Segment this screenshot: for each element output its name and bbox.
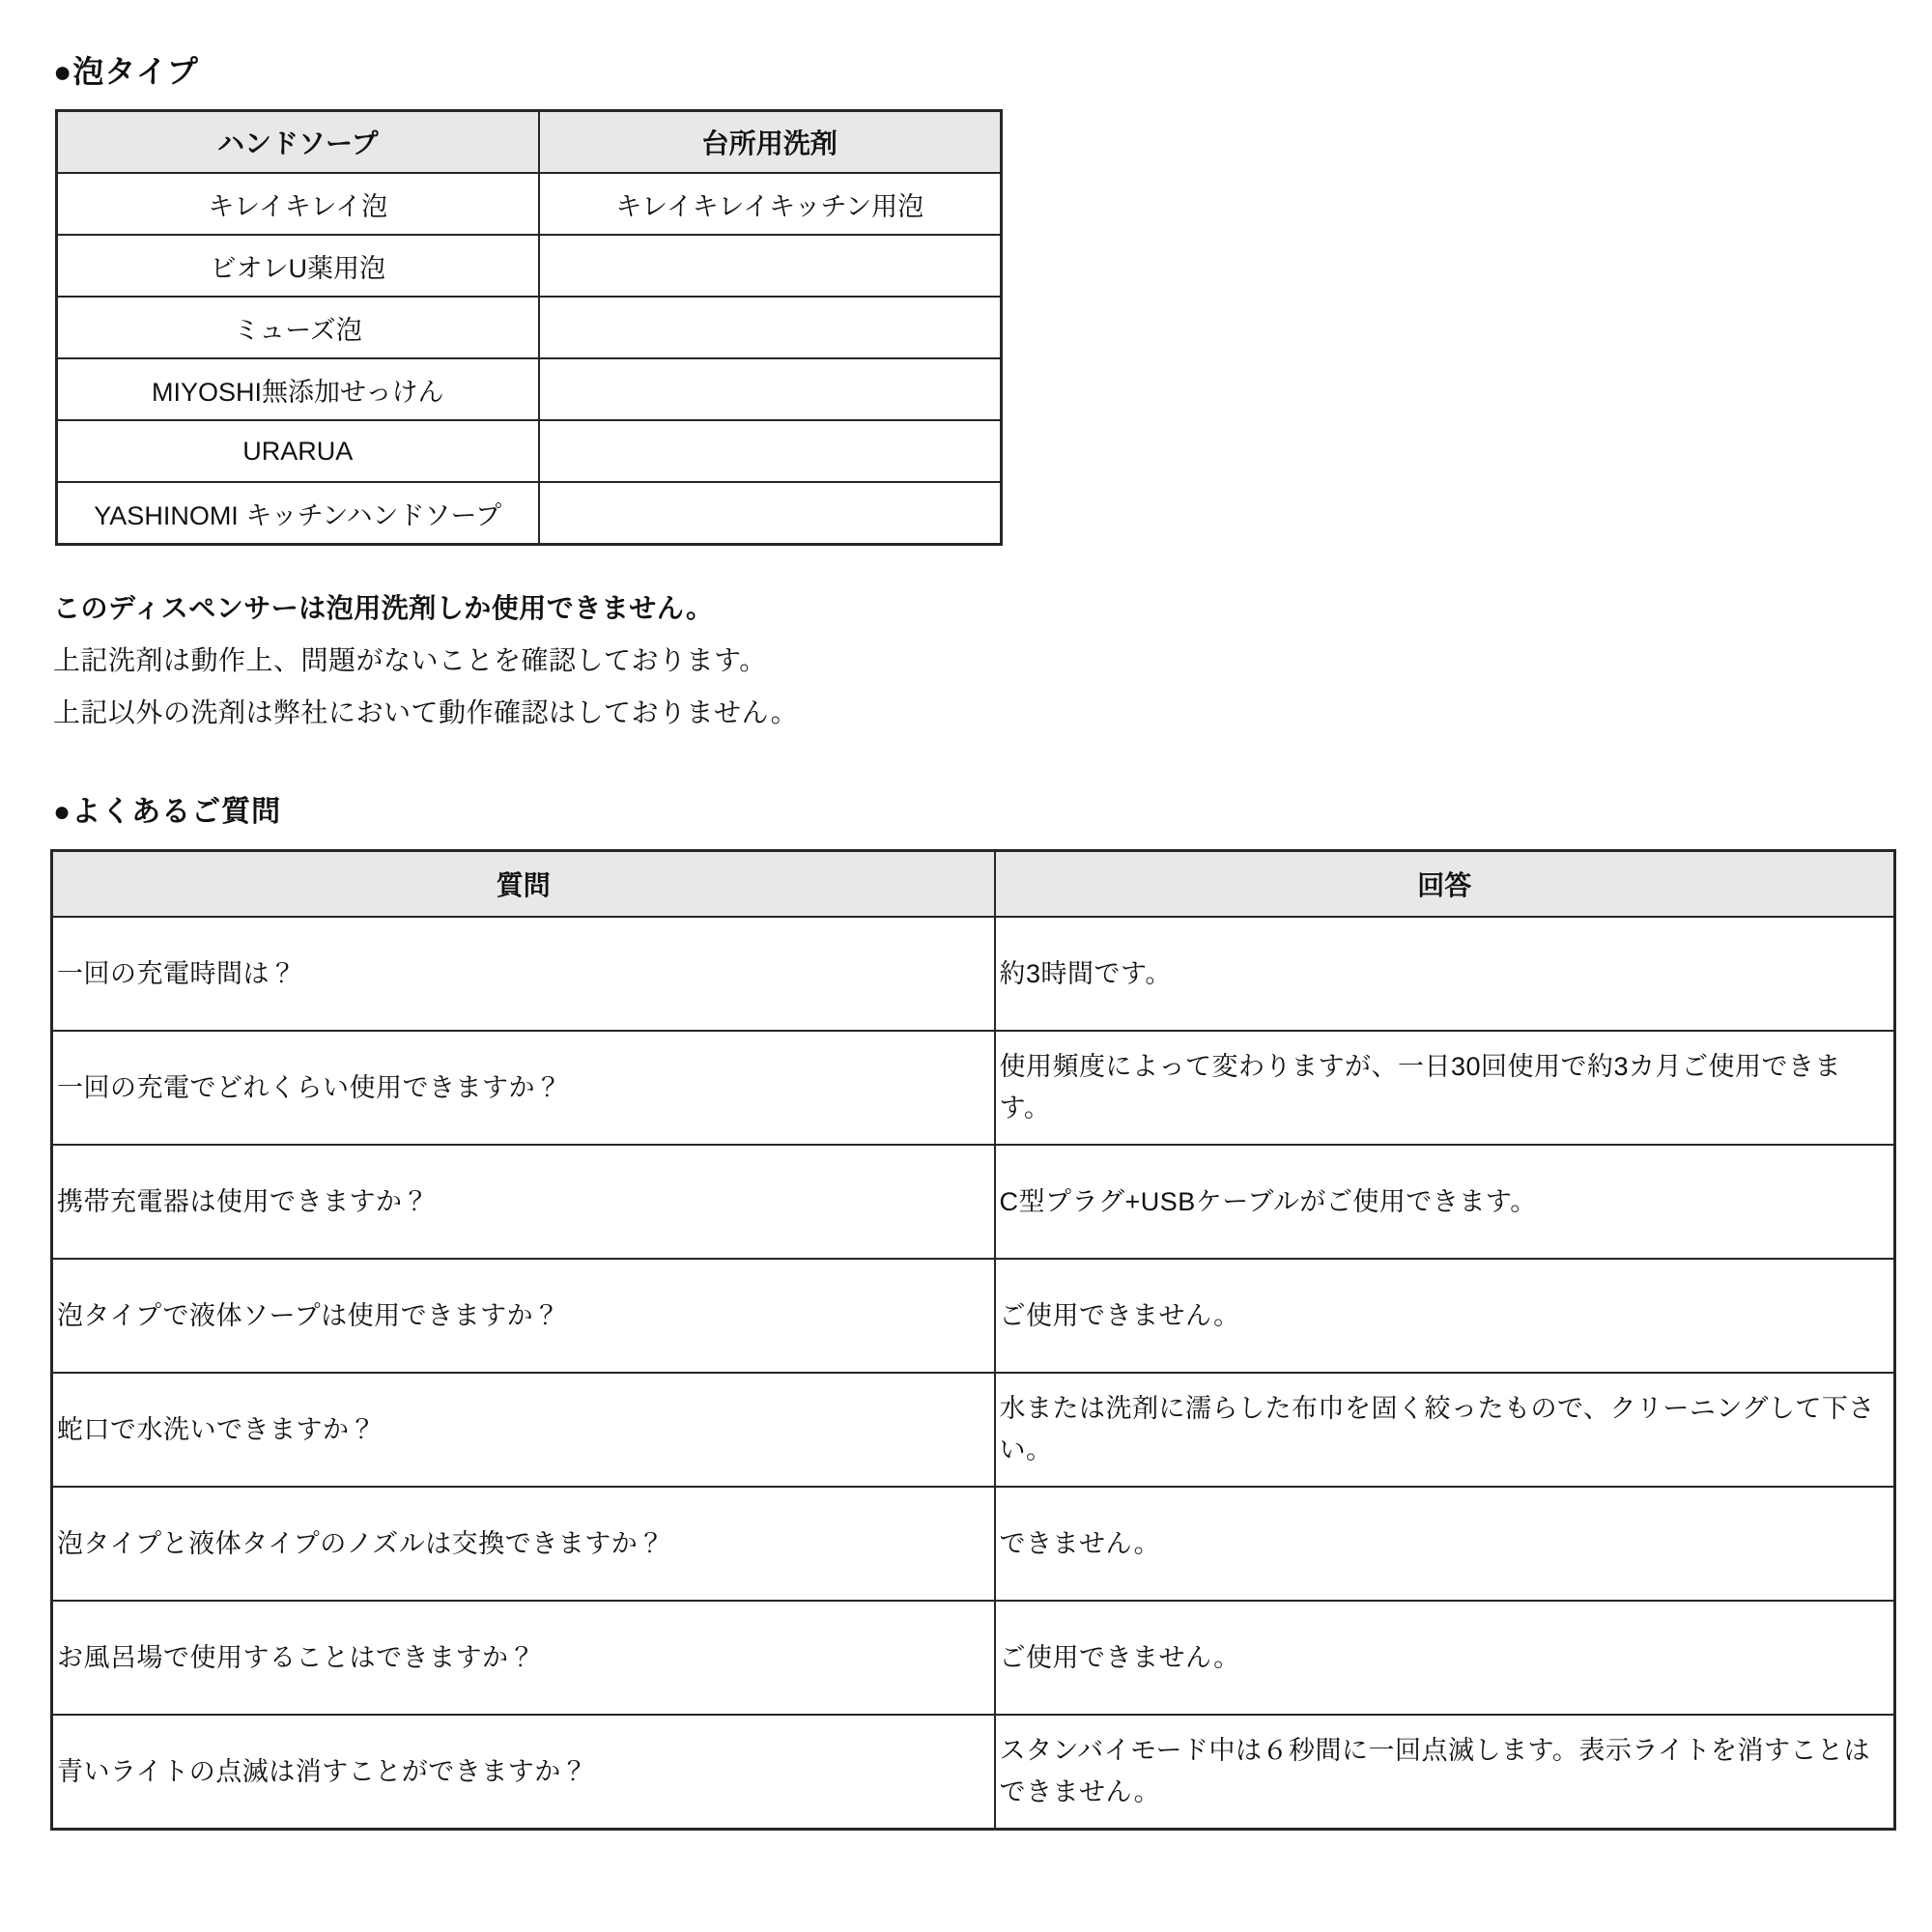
table-row: キレイキレイ泡 キレイキレイキッチン用泡 xyxy=(57,173,1002,235)
faq-row: 蛇口で水洗いできますか？ 水または洗剤に濡らした布巾を固く絞ったもので、クリーニ… xyxy=(52,1373,1895,1487)
kitchen-detergent-column-header: 台所用洗剤 xyxy=(539,111,1002,174)
hand-soap-cell: YASHINOMI キッチンハンドソープ xyxy=(57,482,539,545)
table-row: YASHINOMI キッチンハンドソープ xyxy=(57,482,1002,545)
foam-type-heading: ●泡タイプ xyxy=(53,53,1895,90)
kitchen-detergent-cell xyxy=(539,358,1002,420)
answer-cell: 約3時間です。 xyxy=(995,917,1895,1031)
answer-cell: できません。 xyxy=(995,1487,1895,1601)
faq-row: お風呂場で使用することはできますか？ ご使用できません。 xyxy=(52,1601,1895,1715)
kitchen-detergent-cell xyxy=(539,235,1002,297)
faq-row: 青いライトの点滅は消すことができますか？ スタンバイモード中は６秒間に一回点滅し… xyxy=(52,1715,1895,1830)
question-cell: 一回の充電でどれくらい使用できますか？ xyxy=(52,1031,995,1145)
table-row: URARUA xyxy=(57,420,1002,482)
answer-cell: スタンバイモード中は６秒間に一回点滅します。表示ライトを消すことはできません。 xyxy=(995,1715,1895,1830)
hand-soap-cell: MIYOSHI無添加せっけん xyxy=(57,358,539,420)
kitchen-detergent-cell: キレイキレイキッチン用泡 xyxy=(539,173,1002,235)
question-cell: 携帯充電器は使用できますか？ xyxy=(52,1145,995,1259)
table-header-row: ハンドソープ 台所用洗剤 xyxy=(57,111,1002,174)
answer-cell: 使用頻度によって変わりますが、一日30回使用で約3カ月ご使用できます。 xyxy=(995,1031,1895,1145)
table-header-row: 質問 回答 xyxy=(52,851,1895,918)
faq-row: 泡タイプと液体タイプのノズルは交換できますか？ できません。 xyxy=(52,1487,1895,1601)
answer-cell: ご使用できません。 xyxy=(995,1259,1895,1373)
kitchen-detergent-cell xyxy=(539,420,1002,482)
hand-soap-cell: URARUA xyxy=(57,420,539,482)
foam-compatibility-table: ハンドソープ 台所用洗剤 キレイキレイ泡 キレイキレイキッチン用泡 ビオレU薬用… xyxy=(55,109,1003,546)
foam-only-warning: このディスペンサーは泡用洗剤しか使用できません。 xyxy=(53,594,1895,623)
document-page: ●泡タイプ ハンドソープ 台所用洗剤 キレイキレイ泡 キレイキレイキッチン用泡 … xyxy=(0,0,1932,1831)
hand-soap-column-header: ハンドソープ xyxy=(57,111,539,174)
faq-row: 一回の充電でどれくらい使用できますか？ 使用頻度によって変わりますが、一日30回… xyxy=(52,1031,1895,1145)
answer-column-header: 回答 xyxy=(995,851,1895,918)
question-column-header: 質問 xyxy=(52,851,995,918)
answer-cell: 水または洗剤に濡らした布巾を固く絞ったもので、クリーニングして下さい。 xyxy=(995,1373,1895,1487)
question-cell: 泡タイプで液体ソープは使用できますか？ xyxy=(52,1259,995,1373)
question-cell: お風呂場で使用することはできますか？ xyxy=(52,1601,995,1715)
faq-heading: ●よくあるご質問 xyxy=(53,795,1895,830)
question-cell: 泡タイプと液体タイプのノズルは交換できますか？ xyxy=(52,1487,995,1601)
faq-row: 泡タイプで液体ソープは使用できますか？ ご使用できません。 xyxy=(52,1259,1895,1373)
answer-cell: C型プラグ+USBケーブルがご使用できます。 xyxy=(995,1145,1895,1259)
faq-table: 質問 回答 一回の充電時間は？ 約3時間です。 一回の充電でどれくらい使用できま… xyxy=(50,849,1896,1831)
hand-soap-cell: キレイキレイ泡 xyxy=(57,173,539,235)
question-cell: 青いライトの点滅は消すことができますか？ xyxy=(52,1715,995,1830)
question-cell: 蛇口で水洗いできますか？ xyxy=(52,1373,995,1487)
kitchen-detergent-cell xyxy=(539,297,1002,358)
faq-row: 一回の充電時間は？ 約3時間です。 xyxy=(52,917,1895,1031)
kitchen-detergent-cell xyxy=(539,482,1002,545)
verified-detergents-note: 上記洗剤は動作上、問題がないことを確認しております。 xyxy=(53,646,1895,675)
answer-cell: ご使用できません。 xyxy=(995,1601,1895,1715)
dispenser-notes: このディスペンサーは泡用洗剤しか使用できません。 上記洗剤は動作上、問題がないこ… xyxy=(53,594,1895,727)
question-cell: 一回の充電時間は？ xyxy=(52,917,995,1031)
faq-row: 携帯充電器は使用できますか？ C型プラグ+USBケーブルがご使用できます。 xyxy=(52,1145,1895,1259)
unverified-detergents-note: 上記以外の洗剤は弊社において動作確認はしておりません。 xyxy=(53,698,1895,727)
table-row: ビオレU薬用泡 xyxy=(57,235,1002,297)
table-row: ミューズ泡 xyxy=(57,297,1002,358)
hand-soap-cell: ミューズ泡 xyxy=(57,297,539,358)
hand-soap-cell: ビオレU薬用泡 xyxy=(57,235,539,297)
table-row: MIYOSHI無添加せっけん xyxy=(57,358,1002,420)
